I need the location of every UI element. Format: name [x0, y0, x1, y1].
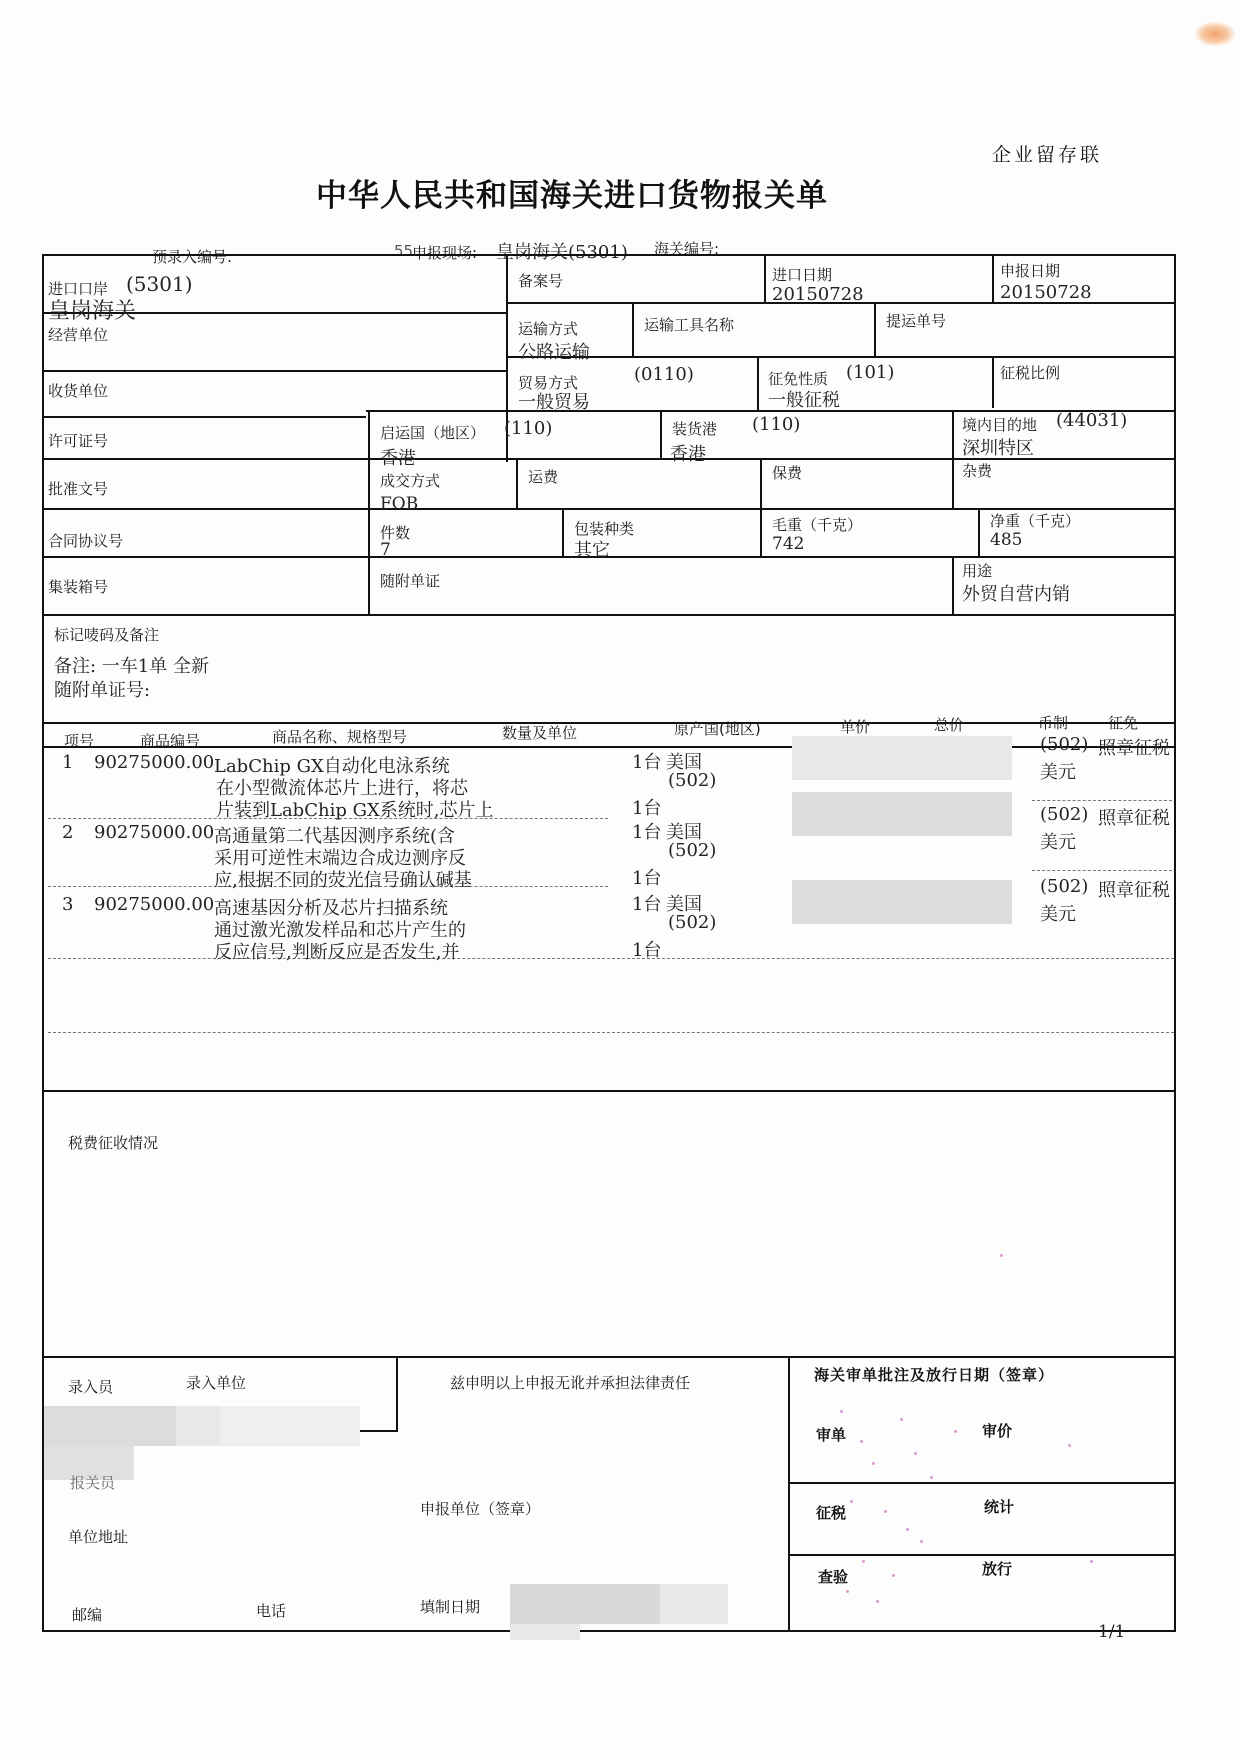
item-no: 2: [62, 822, 73, 843]
item-currency: 美元: [1040, 900, 1076, 926]
bill-no-label: 提运单号: [886, 310, 946, 331]
declarant-label: 报关员: [70, 1472, 115, 1493]
unit-address-label: 单位地址: [68, 1526, 128, 1547]
gross-weight-label: 毛重（千克）: [772, 514, 862, 535]
transport-mode-value: 公路运输: [518, 338, 590, 364]
misc-fee-label: 杂费: [962, 460, 992, 481]
item-code: 90275000.00: [94, 752, 214, 773]
destination-code: (44031): [1056, 410, 1127, 431]
tax-section-label: 税费征收情况: [68, 1132, 158, 1153]
page-indicator: 1/1: [1098, 1622, 1125, 1642]
item-levy: 照章征税: [1098, 876, 1170, 902]
copy-label: 企业留存联: [992, 140, 1102, 167]
item-qty-legal: 1台: [632, 864, 661, 890]
destination-value: 深圳特区: [962, 434, 1034, 460]
item-qty-legal: 1台: [632, 936, 661, 962]
review-doc-label: 审单: [816, 1424, 846, 1445]
tax-nature-value: 一般征税: [768, 386, 840, 412]
fill-date-label: 填制日期: [420, 1596, 480, 1617]
insurance-label: 保费: [772, 462, 802, 483]
destination-label: 境内目的地: [962, 414, 1037, 435]
col-header-code: 商品编号: [140, 730, 200, 751]
redacted-fill-date: [510, 1584, 660, 1624]
item-qty-legal: 1台: [632, 794, 661, 820]
item-name-line: 片装到LabChip GX系统时,芯片上: [216, 796, 494, 822]
tax-ratio-label: 征税比例: [1000, 362, 1060, 383]
operating-unit-label: 经营单位: [48, 324, 108, 345]
import-date-value: 20150728: [772, 284, 864, 305]
item-name-line: 反应信号,判断反应是否发生,并: [214, 938, 459, 964]
item-levy: 照章征税: [1098, 804, 1170, 830]
item-qty: 1台: [632, 818, 661, 844]
container-no-label: 集装箱号: [48, 576, 108, 597]
approval-no-label: 批准文号: [48, 478, 108, 499]
package-type-value: 其它: [574, 536, 610, 562]
contract-no-label: 合同协议号: [48, 530, 123, 551]
item-qty: 1台: [632, 748, 661, 774]
item-currency-code: (502): [1040, 734, 1088, 755]
release-label: 放行: [982, 1558, 1012, 1579]
entry-clerk-label: 录入员: [68, 1376, 113, 1397]
postcode-label: 邮编: [72, 1604, 102, 1625]
declaration-statement: 兹申明以上申报无讹并承担法律责任: [450, 1372, 690, 1393]
remarks-line1: 备注: 一车1单 全新: [54, 652, 209, 678]
page-title: 中华人民共和国海关进口货物报关单: [316, 170, 828, 215]
declaring-unit-label: 申报单位（签章）: [420, 1498, 540, 1519]
attached-docs-label: 随附单证: [380, 570, 440, 591]
phone-label: 电话: [256, 1600, 286, 1621]
deal-mode-label: 成交方式: [380, 470, 440, 491]
net-weight-label: 净重（千克）: [990, 510, 1080, 531]
redacted-price: [792, 880, 1012, 924]
loading-port-value: 香港: [670, 440, 706, 466]
item-origin-code: (502): [668, 770, 716, 791]
origin-country-label: 启运国（地区）: [380, 422, 485, 443]
redacted-entry: [220, 1406, 360, 1446]
col-header-unit-price: 单价: [840, 716, 870, 737]
item-qty: 1台: [632, 890, 661, 916]
trade-mode-value: 一般贸易: [518, 388, 590, 414]
origin-country-value: 香港: [380, 444, 416, 470]
usage-label: 用途: [962, 560, 992, 581]
item-currency: 美元: [1040, 828, 1076, 854]
redacted-price: [792, 792, 1012, 836]
import-date-label: 进口日期: [772, 264, 832, 285]
col-header-total-price: 总价: [934, 714, 964, 735]
transport-name-label: 运输工具名称: [644, 314, 734, 335]
loading-port-code: (110): [752, 414, 800, 435]
redacted-price: [792, 750, 1012, 780]
record-no-label: 备案号: [518, 270, 563, 291]
item-code: 90275000.00: [94, 822, 214, 843]
review-price-label: 审价: [982, 1420, 1012, 1441]
item-currency-code: (502): [1040, 876, 1088, 897]
item-no: 1: [62, 752, 73, 773]
origin-country-code: (110): [504, 418, 552, 439]
pieces-value: 7: [380, 540, 391, 560]
col-header-origin: 原产国(地区): [674, 718, 761, 739]
customs-approval-label: 海关审单批注及放行日期（签章）: [814, 1364, 1054, 1385]
remarks-line2: 随附单证号:: [54, 676, 150, 702]
net-weight-value: 485: [990, 530, 1022, 550]
item-name-line: 应,根据不同的荧光信号确认碱基: [214, 866, 472, 892]
item-code: 90275000.00: [94, 894, 214, 915]
declare-date-value: 20150728: [1000, 282, 1092, 303]
item-currency: 美元: [1040, 758, 1076, 784]
entry-unit-label: 录入单位: [186, 1372, 246, 1393]
levy-tax-label: 征税: [816, 1502, 846, 1523]
deal-mode-value: FOB: [380, 494, 418, 514]
consignee-label: 收货单位: [48, 380, 108, 401]
col-header-currency: 币制: [1038, 712, 1068, 733]
item-levy: 照章征税: [1098, 734, 1170, 760]
transport-mode-label: 运输方式: [518, 318, 578, 339]
redacted-entry: [44, 1406, 176, 1446]
statistics-label: 统计: [984, 1496, 1014, 1517]
gross-weight-value: 742: [772, 534, 804, 554]
license-no-label: 许可证号: [48, 430, 108, 451]
ink-smudge: [1195, 22, 1235, 46]
col-header-name: 商品名称、规格型号: [272, 726, 407, 747]
item-origin-code: (502): [668, 912, 716, 933]
import-port-value: 皇岗海关: [48, 294, 136, 325]
redacted-price: [792, 736, 1012, 750]
inspection-label: 查验: [818, 1566, 848, 1587]
item-no: 3: [62, 894, 73, 915]
col-header-levy: 征免: [1108, 712, 1138, 733]
declare-date-label: 申报日期: [1000, 260, 1060, 281]
trade-mode-code: (0110): [634, 364, 694, 385]
item-origin-code: (502): [668, 840, 716, 861]
loading-port-label: 装货港: [672, 418, 717, 439]
freight-label: 运费: [528, 466, 558, 487]
import-port-code: (5301): [126, 272, 193, 296]
usage-value: 外贸自营内销: [962, 580, 1070, 606]
tax-nature-code: (101): [846, 362, 894, 383]
redacted-fill-date: [510, 1624, 580, 1640]
redacted-fill-date: [660, 1584, 728, 1624]
remarks-label: 标记唛码及备注: [54, 624, 159, 645]
col-header-qty: 数量及单位: [502, 722, 577, 743]
item-currency-code: (502): [1040, 804, 1088, 825]
redacted-entry: [176, 1406, 220, 1446]
col-header-no: 项号: [64, 730, 94, 751]
